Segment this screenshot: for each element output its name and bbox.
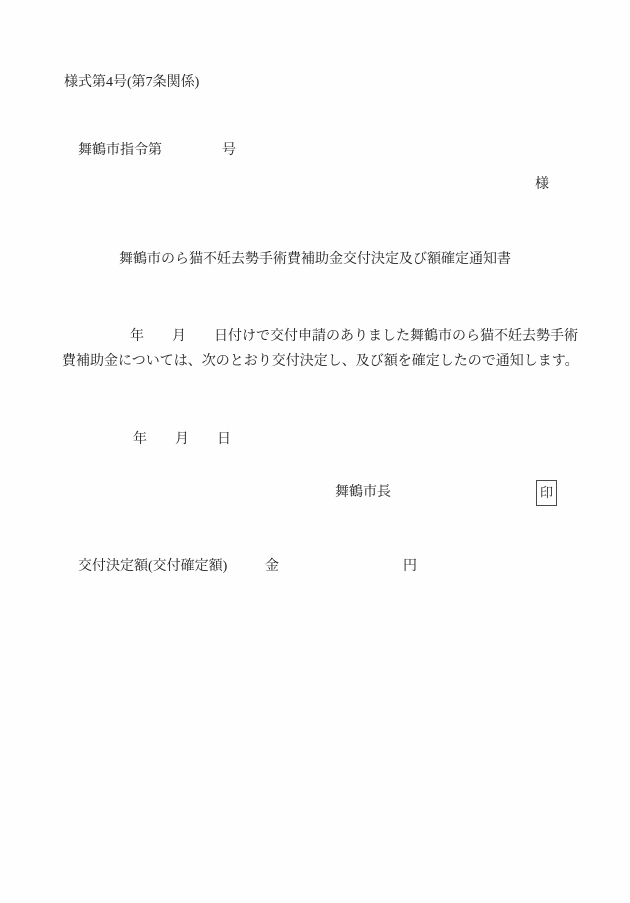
grant-amount-label: 交付決定額(交付確定額) <box>78 559 227 576</box>
amount-currency-prefix: 金 <box>265 559 279 576</box>
body-paragraph-line1: 年 月 日付けで交付申請のありました舞鶴市のら猫不妊去勢手術 <box>130 329 578 346</box>
document-title: 舞鶴市のら猫不妊去勢手術費補助金交付決定及び額確定通知書 <box>0 252 630 269</box>
document-page: 様式第4号(第7条関係) 舞鶴市指令第号 様 舞鶴市のら猫不妊去勢手術費補助金交… <box>0 0 630 903</box>
directive-number-line: 舞鶴市指令第号 <box>64 126 236 176</box>
directive-number-suffix: 号 <box>222 143 236 158</box>
amount-currency-unit: 円 <box>403 559 417 576</box>
directive-number-prefix: 舞鶴市指令第 <box>78 143 162 158</box>
mayor-signature-label: 舞鶴市長 <box>335 485 391 502</box>
body-paragraph-line2: 費補助金については、次のとおり交付決定し、及び額を確定したので通知します。 <box>62 354 579 371</box>
addressee-honorific: 様 <box>535 177 549 194</box>
grant-amount-line: 交付決定額(交付確定額) 金 円 <box>0 559 630 579</box>
seal-label: 印 <box>540 485 553 501</box>
issue-date-line: 年 月 日 <box>133 432 231 449</box>
form-number: 様式第4号(第7条関係) <box>64 75 199 92</box>
official-seal-box: 印 <box>536 480 557 506</box>
